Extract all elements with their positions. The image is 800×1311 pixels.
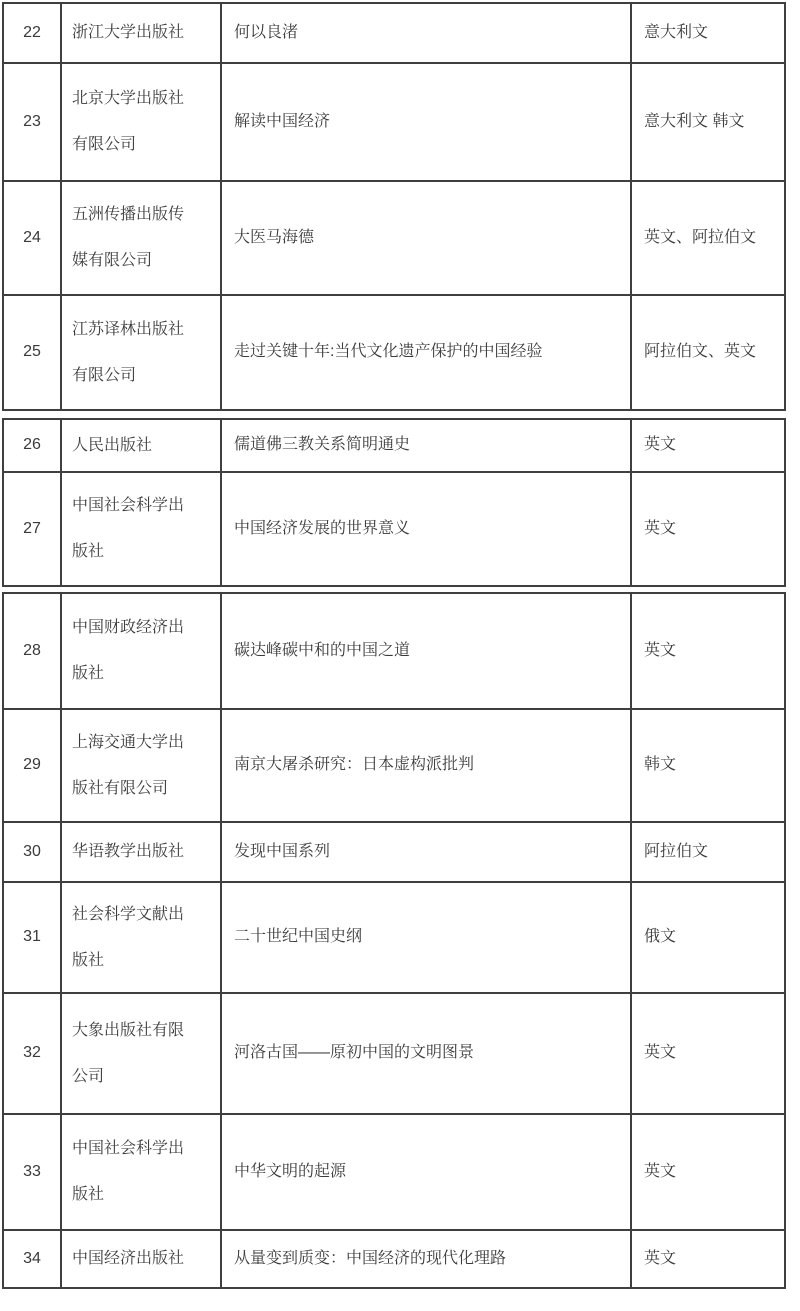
language-cell: 英文 — [630, 594, 784, 708]
publisher-name: 北京大学出版社有限公司 — [72, 76, 186, 168]
row-number: 23 — [23, 111, 41, 133]
title-cell: 解读中国经济 — [220, 64, 630, 180]
language-cell: 英文、阿拉伯文 — [630, 182, 784, 294]
row-number: 33 — [23, 1161, 41, 1183]
languages: 阿拉伯文、英文 — [644, 341, 756, 363]
publisher-name: 中国社会科学出版社 — [72, 483, 186, 575]
publisher-name: 中国经济出版社 — [72, 1236, 184, 1282]
languages: 英文 — [644, 1042, 676, 1064]
publisher-name: 上海交通大学出版社有限公司 — [72, 720, 186, 812]
row-number-cell: 27 — [4, 473, 60, 585]
publisher-cell: 北京大学出版社有限公司 — [60, 64, 220, 180]
languages: 意大利文 — [644, 22, 708, 44]
row-number-cell: 28 — [4, 594, 60, 708]
title-cell: 从量变到质变：中国经济的现代化理路 — [220, 1231, 630, 1287]
language-cell: 俄文 — [630, 883, 784, 992]
languages: 韩文 — [644, 754, 676, 776]
publisher-cell: 上海交通大学出版社有限公司 — [60, 710, 220, 821]
title-cell: 大医马海德 — [220, 182, 630, 294]
row-number: 30 — [23, 841, 41, 863]
row-number: 32 — [23, 1042, 41, 1064]
table-row: 23 北京大学出版社有限公司 解读中国经济 意大利文 韩文 — [4, 62, 784, 180]
row-number-cell: 23 — [4, 64, 60, 180]
title-cell: 中华文明的起源 — [220, 1115, 630, 1229]
row-number: 26 — [23, 434, 41, 456]
publisher-cell: 人民出版社 — [60, 420, 220, 471]
languages: 英文 — [644, 434, 676, 456]
row-number-cell: 25 — [4, 296, 60, 409]
table-segment-3: 28 中国财政经济出版社 碳达峰碳中和的中国之道 英文 29 上海交通大学出版社… — [2, 592, 786, 1289]
publisher-cell: 五洲传播出版传媒有限公司 — [60, 182, 220, 294]
table-segment-1: 22 浙江大学出版社 何以良渚 意大利文 23 北京大学出版社有限公司 解读中国… — [2, 2, 786, 411]
table-row: 33 中国社会科学出版社 中华文明的起源 英文 — [4, 1113, 784, 1229]
row-number: 28 — [23, 640, 41, 662]
publisher-name: 社会科学文献出版社 — [72, 892, 186, 984]
languages: 英文 — [644, 1161, 676, 1183]
languages: 英文 — [644, 1248, 676, 1270]
table-row: 22 浙江大学出版社 何以良渚 意大利文 — [4, 4, 784, 62]
table-row: 27 中国社会科学出版社 中国经济发展的世界意义 英文 — [4, 471, 784, 585]
book-title: 从量变到质变：中国经济的现代化理路 — [234, 1248, 506, 1270]
language-cell: 英文 — [630, 473, 784, 585]
table-row: 31 社会科学文献出版社 二十世纪中国史纲 俄文 — [4, 881, 784, 992]
publisher-name: 中国财政经济出版社 — [72, 605, 186, 697]
publisher-name: 大象出版社有限公司 — [72, 1008, 186, 1100]
row-number: 31 — [23, 926, 41, 948]
book-title: 中国经济发展的世界意义 — [234, 518, 410, 540]
row-number-cell: 32 — [4, 994, 60, 1113]
publisher-name: 人民出版社 — [72, 423, 152, 469]
languages: 俄文 — [644, 926, 676, 948]
table-row: 29 上海交通大学出版社有限公司 南京大屠杀研究：日本虚构派批判 韩文 — [4, 708, 784, 821]
language-cell: 阿拉伯文 — [630, 823, 784, 881]
language-cell: 英文 — [630, 994, 784, 1113]
table-row: 28 中国财政经济出版社 碳达峰碳中和的中国之道 英文 — [4, 594, 784, 708]
row-number-cell: 31 — [4, 883, 60, 992]
row-number-cell: 22 — [4, 4, 60, 62]
table-row: 32 大象出版社有限公司 河洛古国——原初中国的文明图景 英文 — [4, 992, 784, 1113]
languages: 意大利文 韩文 — [644, 111, 744, 133]
book-title: 儒道佛三教关系简明通史 — [234, 434, 410, 456]
row-number: 22 — [23, 22, 41, 44]
title-cell: 河洛古国——原初中国的文明图景 — [220, 994, 630, 1113]
book-title: 大医马海德 — [234, 227, 314, 249]
row-number: 25 — [23, 341, 41, 363]
table-row: 24 五洲传播出版传媒有限公司 大医马海德 英文、阿拉伯文 — [4, 180, 784, 294]
publisher-name: 中国社会科学出版社 — [72, 1126, 186, 1218]
row-number-cell: 26 — [4, 420, 60, 471]
publisher-cell: 江苏译林出版社有限公司 — [60, 296, 220, 409]
language-cell: 意大利文 韩文 — [630, 64, 784, 180]
book-title: 南京大屠杀研究：日本虚构派批判 — [234, 754, 474, 776]
book-title: 何以良渚 — [234, 22, 298, 44]
languages: 英文、阿拉伯文 — [644, 227, 756, 249]
book-title: 中华文明的起源 — [234, 1161, 346, 1183]
title-cell: 中国经济发展的世界意义 — [220, 473, 630, 585]
publisher-cell: 大象出版社有限公司 — [60, 994, 220, 1113]
book-title: 走过关键十年:当代文化遗产保护的中国经验 — [234, 341, 542, 363]
row-number: 34 — [23, 1248, 41, 1270]
publisher-cell: 华语教学出版社 — [60, 823, 220, 881]
language-cell: 英文 — [630, 1115, 784, 1229]
table-row: 34 中国经济出版社 从量变到质变：中国经济的现代化理路 英文 — [4, 1229, 784, 1287]
document-page: 22 浙江大学出版社 何以良渚 意大利文 23 北京大学出版社有限公司 解读中国… — [0, 0, 800, 1289]
row-number: 27 — [23, 518, 41, 540]
publisher-cell: 中国经济出版社 — [60, 1231, 220, 1287]
publisher-name: 浙江大学出版社 — [72, 10, 184, 56]
languages: 英文 — [644, 640, 676, 662]
row-number-cell: 34 — [4, 1231, 60, 1287]
book-title: 发现中国系列 — [234, 841, 330, 863]
book-title: 河洛古国——原初中国的文明图景 — [234, 1042, 474, 1064]
title-cell: 何以良渚 — [220, 4, 630, 62]
row-number: 24 — [23, 227, 41, 249]
publisher-cell: 浙江大学出版社 — [60, 4, 220, 62]
publisher-cell: 中国社会科学出版社 — [60, 473, 220, 585]
table-row: 25 江苏译林出版社有限公司 走过关键十年:当代文化遗产保护的中国经验 阿拉伯文… — [4, 294, 784, 409]
table-segment-2: 26 人民出版社 儒道佛三教关系简明通史 英文 27 中国社会科学出版社 中国经… — [2, 418, 786, 587]
publisher-cell: 中国社会科学出版社 — [60, 1115, 220, 1229]
book-title: 解读中国经济 — [234, 111, 330, 133]
title-cell: 南京大屠杀研究：日本虚构派批判 — [220, 710, 630, 821]
languages: 英文 — [644, 518, 676, 540]
language-cell: 英文 — [630, 1231, 784, 1287]
language-cell: 阿拉伯文、英文 — [630, 296, 784, 409]
row-number-cell: 29 — [4, 710, 60, 821]
table-row: 30 华语教学出版社 发现中国系列 阿拉伯文 — [4, 821, 784, 881]
publisher-name: 江苏译林出版社有限公司 — [72, 307, 186, 399]
publisher-cell: 中国财政经济出版社 — [60, 594, 220, 708]
title-cell: 儒道佛三教关系简明通史 — [220, 420, 630, 471]
publisher-name: 华语教学出版社 — [72, 829, 184, 875]
row-number: 29 — [23, 754, 41, 776]
language-cell: 韩文 — [630, 710, 784, 821]
row-number-cell: 24 — [4, 182, 60, 294]
table-row: 26 人民出版社 儒道佛三教关系简明通史 英文 — [4, 420, 784, 471]
language-cell: 意大利文 — [630, 4, 784, 62]
title-cell: 发现中国系列 — [220, 823, 630, 881]
publisher-cell: 社会科学文献出版社 — [60, 883, 220, 992]
row-number-cell: 30 — [4, 823, 60, 881]
language-cell: 英文 — [630, 420, 784, 471]
title-cell: 碳达峰碳中和的中国之道 — [220, 594, 630, 708]
title-cell: 走过关键十年:当代文化遗产保护的中国经验 — [220, 296, 630, 409]
languages: 阿拉伯文 — [644, 841, 708, 863]
row-number-cell: 33 — [4, 1115, 60, 1229]
book-title: 碳达峰碳中和的中国之道 — [234, 640, 410, 662]
publisher-name: 五洲传播出版传媒有限公司 — [72, 192, 186, 284]
title-cell: 二十世纪中国史纲 — [220, 883, 630, 992]
book-title: 二十世纪中国史纲 — [234, 926, 362, 948]
